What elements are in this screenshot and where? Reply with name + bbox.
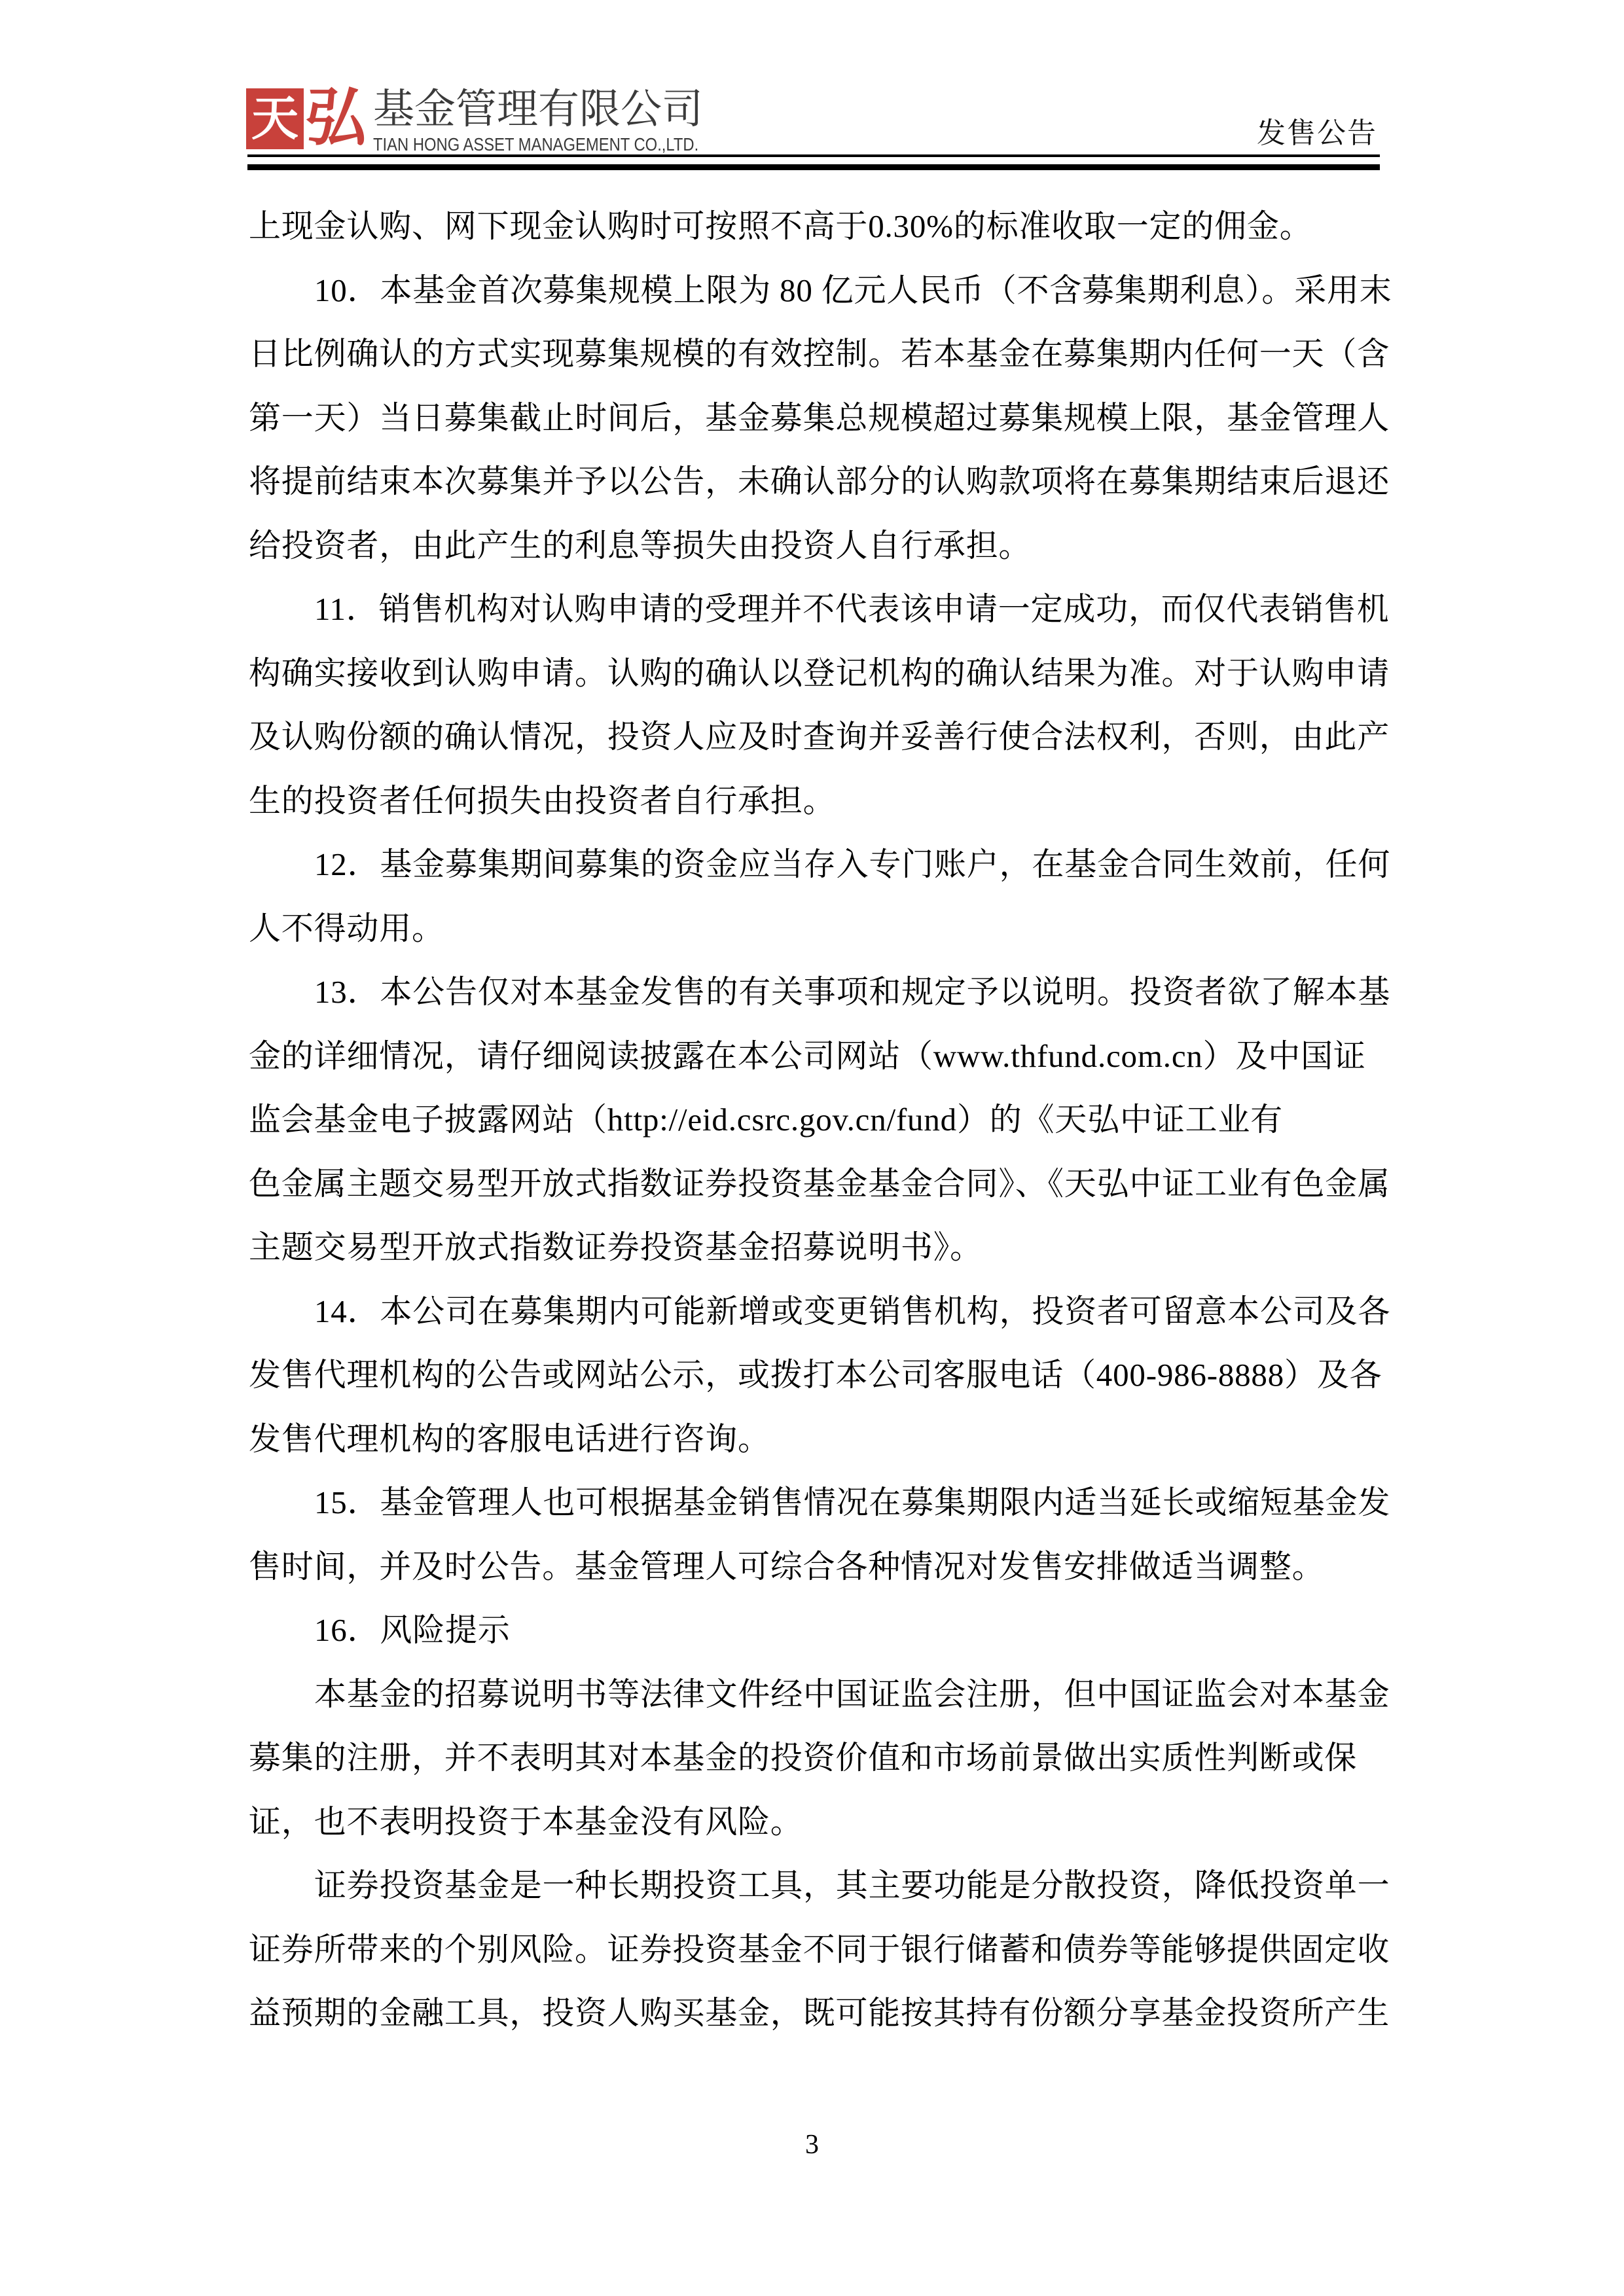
body-line: 发售代理机构的公告或网站公示，或拨打本公司客服电话（400-986-8888）及…	[249, 1343, 1392, 1407]
document-page: 天 弘 基金管理有限公司 TIAN HONG ASSET MANAGEMENT …	[0, 0, 1624, 2296]
body-line: 募集的注册，并不表明其对本基金的投资价值和市场前景做出实质性判断或保	[249, 1726, 1392, 1790]
document-body: 上现金认购、网下现金认购时可按照不高于0.30%的标准收取一定的佣金。 10．本…	[249, 194, 1392, 2045]
paragraph-14: 14．本公司在募集期内可能新增或变更销售机构，投资者可留意本公司及各 发售代理机…	[249, 1280, 1392, 1471]
body-line: 及认购份额的确认情况，投资人应及时查询并妥善行使合法权利，否则，由此产	[249, 705, 1392, 769]
page-number: 3	[0, 2128, 1624, 2161]
body-line: 证券所带来的个别风险。证券投资基金不同于银行储蓄和债券等能够提供固定收	[249, 1918, 1392, 1982]
body-line: 证券投资基金是一种长期投资工具，其主要功能是分散投资，降低投资单一	[249, 1854, 1392, 1918]
paragraph-11: 11．销售机构对认购申请的受理并不代表该申请一定成功，而仅代表销售机 构确实接收…	[249, 577, 1392, 833]
body-line: 主题交易型开放式指数证券投资基金招募说明书》。	[249, 1215, 1392, 1280]
paragraph-risk-1: 本基金的招募说明书等法律文件经中国证监会注册，但中国证监会对本基金 募集的注册，…	[249, 1662, 1392, 1854]
body-line: 14．本公司在募集期内可能新增或变更销售机构，投资者可留意本公司及各	[249, 1280, 1392, 1344]
paragraph-9-continuation: 上现金认购、网下现金认购时可按照不高于0.30%的标准收取一定的佣金。	[249, 194, 1392, 259]
body-line: 13．本公告仅对本基金发售的有关事项和规定予以说明。投资者欲了解本基	[249, 960, 1392, 1024]
body-line: 证，也不表明投资于本基金没有风险。	[249, 1790, 1392, 1854]
body-line: 15．基金管理人也可根据基金销售情况在募集期限内适当延长或缩短基金发	[249, 1471, 1392, 1535]
doc-type-label: 发售公告	[249, 118, 1377, 149]
paragraph-10: 10．本基金首次募集规模上限为 80 亿元人民币（不含募集期利息）。采用末 日比…	[249, 259, 1392, 578]
body-line: 售时间，并及时公告。基金管理人可综合各种情况对发售安排做适当调整。	[249, 1535, 1392, 1599]
body-line: 16．风险提示	[249, 1598, 1392, 1662]
body-line: 12．基金募集期间募集的资金应当存入专门账户，在基金合同生效前，任何	[249, 833, 1392, 897]
body-line: 人不得动用。	[249, 897, 1392, 961]
body-line: 10．本基金首次募集规模上限为 80 亿元人民币（不含募集期利息）。采用末	[249, 259, 1392, 323]
body-line: 上现金认购、网下现金认购时可按照不高于0.30%的标准收取一定的佣金。	[249, 194, 1392, 259]
page-header: 天 弘 基金管理有限公司 TIAN HONG ASSET MANAGEMENT …	[0, 0, 1624, 177]
body-line: 金的详细情况，请仔细阅读披露在本公司网站（www.thfund.com.cn）及…	[249, 1024, 1392, 1088]
body-line: 构确实接收到认购申请。认购的确认以登记机构的确认结果为准。对于认购申请	[249, 641, 1392, 706]
paragraph-risk-2: 证券投资基金是一种长期投资工具，其主要功能是分散投资，降低投资单一 证券所带来的…	[249, 1854, 1392, 2045]
paragraph-12: 12．基金募集期间募集的资金应当存入专门账户，在基金合同生效前，任何 人不得动用…	[249, 833, 1392, 960]
header-rule-thick	[247, 164, 1380, 170]
body-line: 益预期的金融工具，投资人购买基金，既可能按其持有份额分享基金投资所产生	[249, 1981, 1392, 2045]
paragraph-16-heading: 16．风险提示	[249, 1598, 1392, 1662]
body-line: 生的投资者任何损失由投资者自行承担。	[249, 769, 1392, 833]
header-rule-thin	[247, 154, 1380, 157]
body-line: 日比例确认的方式实现募集规模的有效控制。若本基金在募集期内任何一天（含	[249, 322, 1392, 386]
paragraph-13: 13．本公告仅对本基金发售的有关事项和规定予以说明。投资者欲了解本基 金的详细情…	[249, 960, 1392, 1280]
body-line: 将提前结束本次募集并予以公告，未确认部分的认购款项将在募集期结束后退还	[249, 450, 1392, 514]
body-line: 发售代理机构的客服电话进行咨询。	[249, 1407, 1392, 1471]
body-line: 监会基金电子披露网站（http://eid.csrc.gov.cn/fund）的…	[249, 1088, 1392, 1152]
paragraph-15: 15．基金管理人也可根据基金销售情况在募集期限内适当延长或缩短基金发 售时间，并…	[249, 1471, 1392, 1598]
body-line: 色金属主题交易型开放式指数证券投资基金基金合同》、《天弘中证工业有色金属	[249, 1152, 1392, 1216]
body-line: 本基金的招募说明书等法律文件经中国证监会注册，但中国证监会对本基金	[249, 1662, 1392, 1727]
body-line: 第一天）当日募集截止时间后，基金募集总规模超过募集规模上限，基金管理人	[249, 386, 1392, 450]
body-line: 11．销售机构对认购申请的受理并不代表该申请一定成功，而仅代表销售机	[249, 577, 1392, 641]
body-line: 给投资者，由此产生的利息等损失由投资人自行承担。	[249, 514, 1392, 578]
